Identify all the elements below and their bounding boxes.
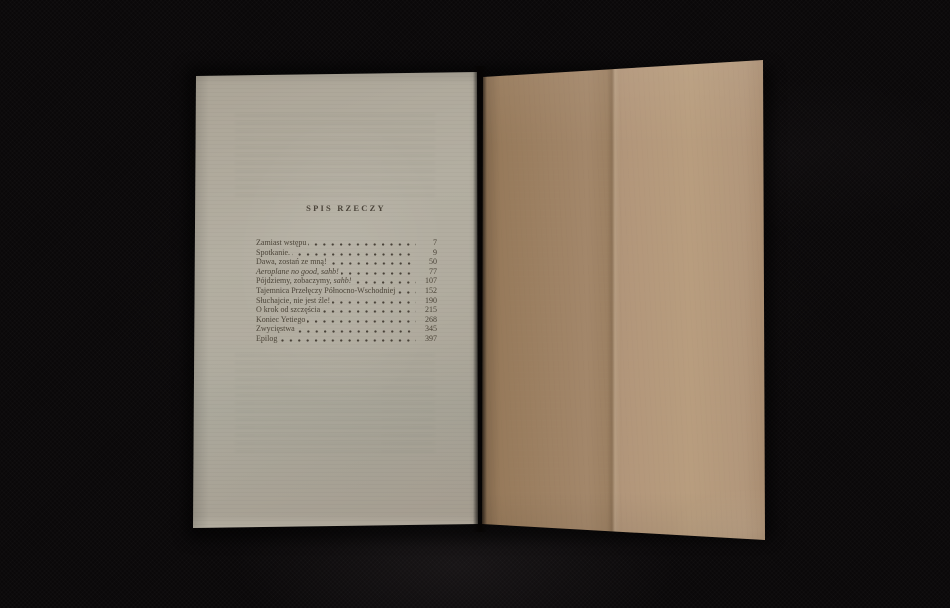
right-page xyxy=(482,60,766,540)
toc-entry-title: Zamiast wstępu xyxy=(256,238,306,248)
toc-entry-title: Zwycięstwa xyxy=(256,324,295,334)
toc-entry-title: Spotkanie. xyxy=(256,248,290,258)
toc-entry-title-italic: sahb! xyxy=(334,276,352,286)
toc-entry-page: 345 xyxy=(419,324,437,334)
toc-entry: Słuchajcie, nie jest źle!190 xyxy=(256,296,437,306)
toc-entry: Zamiast wstępu7 xyxy=(256,238,437,248)
leader-dots xyxy=(397,286,416,296)
leader-dots xyxy=(308,238,416,248)
paper-grain xyxy=(482,60,766,540)
leader-dots xyxy=(332,296,416,306)
toc-entry-page: 152 xyxy=(419,286,437,296)
book-spine-gap xyxy=(473,66,487,532)
toc-entry: Tajemnica Przełęczy Północno-Wschodniej1… xyxy=(256,286,437,296)
toc-entry-page: 77 xyxy=(419,267,437,277)
toc-entry: Zwycięstwa345 xyxy=(256,324,437,334)
toc-entry-page: 107 xyxy=(419,276,437,286)
left-page: SPIS RZECZY Zamiast wstępu7 Spotkanie.9 … xyxy=(193,72,478,528)
toc-entry-page: 190 xyxy=(419,296,437,306)
toc-entry: O krok od szczęścia215 xyxy=(256,305,437,315)
show-through-text-lower xyxy=(235,354,435,458)
leader-dots xyxy=(353,276,416,286)
toc-entry-page: 215 xyxy=(419,305,437,315)
leader-dots xyxy=(297,324,416,334)
toc-entry-page: 9 xyxy=(419,248,437,258)
show-through-text-upper xyxy=(235,114,435,200)
toc-entry: Aeroplane no good, sahb!77 xyxy=(256,267,437,277)
toc-entry-title: O krok od szczęścia xyxy=(256,305,320,315)
toc-entry-title: Tajemnica Przełęczy Północno-Wschodniej xyxy=(256,286,395,296)
leader-dots xyxy=(279,334,416,344)
leader-dots xyxy=(322,305,416,315)
toc-entry-title: Pójdziemy, zobaczymy, xyxy=(256,276,334,286)
toc-entry: Dawa, zostań ze mną!50 xyxy=(256,257,437,267)
toc-entry-title-italic: Aeroplane no good, sahb! xyxy=(256,267,339,277)
toc-entry-page: 268 xyxy=(419,315,437,325)
toc-entry-page: 7 xyxy=(419,238,437,248)
toc-entry-title: Słuchajcie, nie jest źle! xyxy=(256,296,330,306)
toc-entry-title: Epilog xyxy=(256,334,277,344)
toc-entry-page: 397 xyxy=(419,334,437,344)
leader-dots xyxy=(341,267,416,277)
leader-dots xyxy=(292,248,416,258)
toc-entry-title: Dawa, zostań ze mną! xyxy=(256,257,327,267)
toc-entry: Epilog397 xyxy=(256,334,437,344)
toc-entry-title: Koniec Yetiego xyxy=(256,315,305,325)
toc-heading: SPIS RZECZY xyxy=(255,203,437,213)
leader-dots xyxy=(307,315,416,325)
toc-list: Zamiast wstępu7 Spotkanie.9 Dawa, zostań… xyxy=(256,238,437,344)
toc-entry: Pójdziemy, zobaczymy, sahb!107 xyxy=(256,276,437,286)
toc-entry-page: 50 xyxy=(419,257,437,267)
toc-entry: Spotkanie.9 xyxy=(256,248,437,258)
leader-dots xyxy=(329,257,416,267)
toc-entry: Koniec Yetiego268 xyxy=(256,315,437,325)
book-photo: SPIS RZECZY Zamiast wstępu7 Spotkanie.9 … xyxy=(0,0,950,608)
